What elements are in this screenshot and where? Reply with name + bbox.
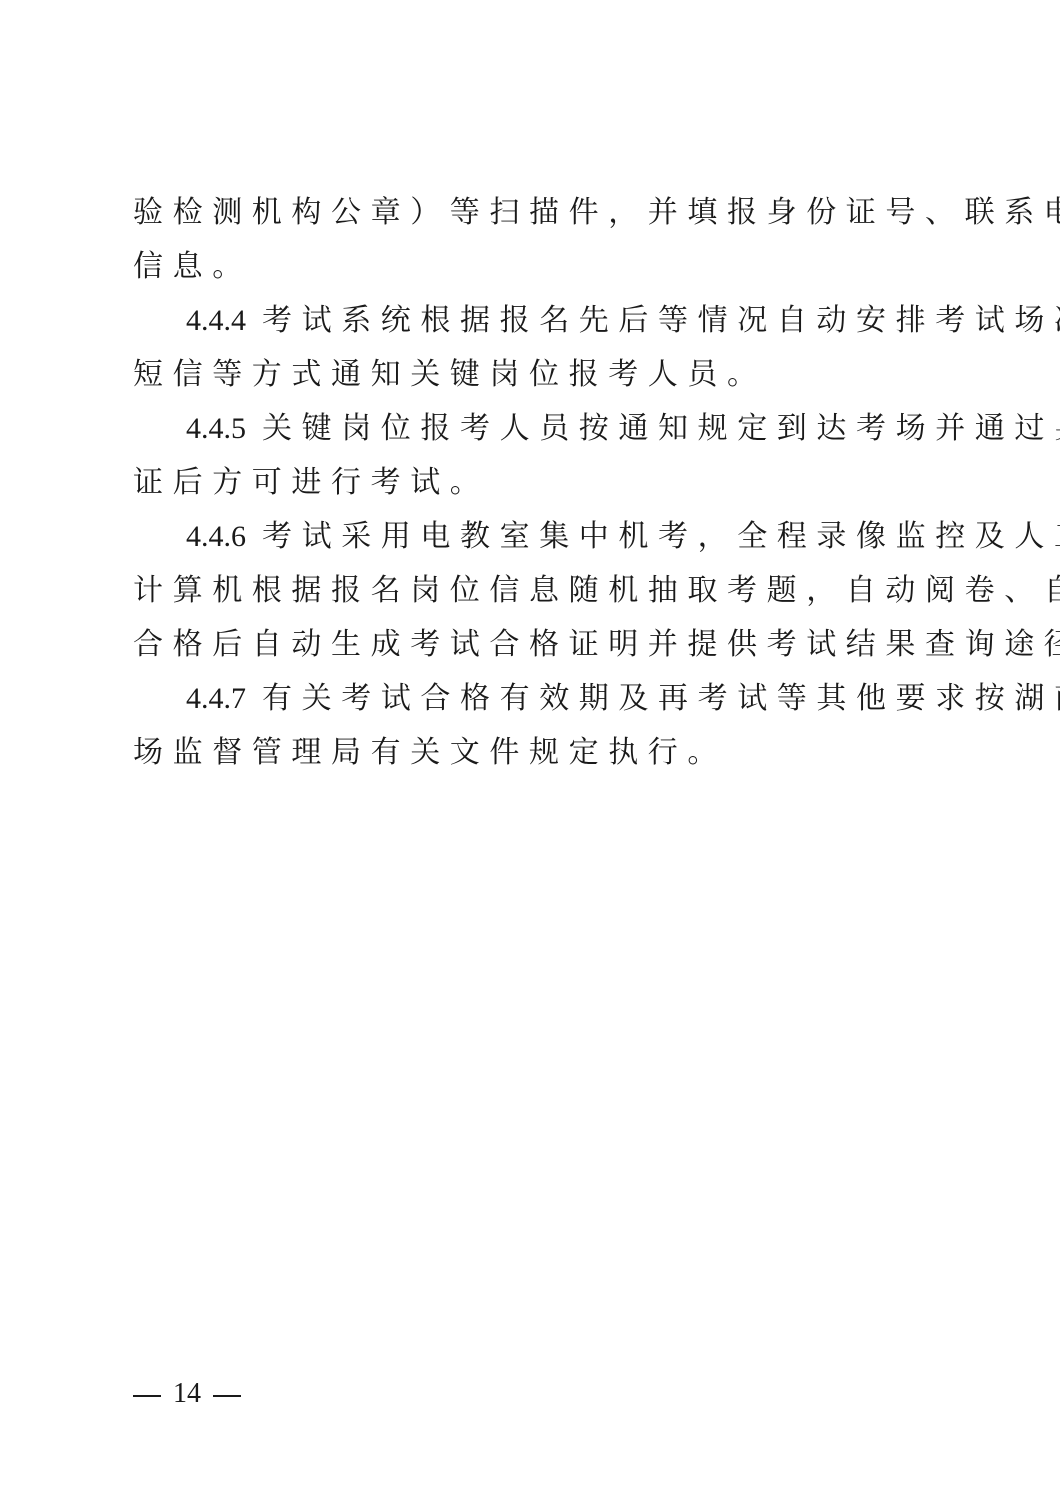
line-text: 场监督管理局有关文件规定执行。 <box>133 735 727 770</box>
text-line-2: 信息。 <box>133 240 933 294</box>
line-text: 计算机根据报名岗位信息随机抽取考题，自动阅卷、自动计分、 <box>133 573 1060 608</box>
clause-number: 4.4.5 <box>186 412 246 445</box>
text-line-11: 场监督管理局有关文件规定执行。 <box>133 726 933 780</box>
dash-right <box>213 1395 241 1397</box>
clause-4-4-6: 4.4.6考试采用电教室集中机考，全程录像监控及人工监考。 <box>186 510 986 564</box>
clause-number: 4.4.6 <box>186 520 246 553</box>
text-line-1: 验检测机构公章）等扫描件，并填报身份证号、联系电话等相关 <box>133 186 933 240</box>
line-text: 考试系统根据报名先后等情况自动安排考试场次，以 <box>262 303 1060 338</box>
line-text: 信息。 <box>133 249 252 284</box>
clause-number: 4.4.4 <box>186 304 246 337</box>
line-text: 关键岗位报考人员按通知规定到达考场并通过身份验 <box>262 411 1060 446</box>
line-text: 证后方可进行考试。 <box>133 465 489 500</box>
text-line-8: 计算机根据报名岗位信息随机抽取考题，自动阅卷、自动计分、 <box>133 564 933 618</box>
text-line-4: 短信等方式通知关键岗位报考人员。 <box>133 348 933 402</box>
line-text: 合格后自动生成考试合格证明并提供考试结果查询途径。 <box>133 627 1060 662</box>
line-text: 验检测机构公章）等扫描件，并填报身份证号、联系电话等相关 <box>133 195 1060 230</box>
text-line-6: 证后方可进行考试。 <box>133 456 933 510</box>
page-number: 14 <box>173 1378 201 1409</box>
line-text: 短信等方式通知关键岗位报考人员。 <box>133 357 767 392</box>
clause-number: 4.4.7 <box>186 682 246 715</box>
clause-4-4-5: 4.4.5关键岗位报考人员按通知规定到达考场并通过身份验 <box>186 402 986 456</box>
clause-4-4-4: 4.4.4考试系统根据报名先后等情况自动安排考试场次，以 <box>186 294 986 348</box>
dash-left <box>133 1395 161 1397</box>
document-page: 验检测机构公章）等扫描件，并填报身份证号、联系电话等相关 信息。 4.4.4考试… <box>0 0 1060 1500</box>
clause-4-4-7: 4.4.7有关考试合格有效期及再考试等其他要求按湖南省市 <box>186 672 986 726</box>
line-text: 考试采用电教室集中机考，全程录像监控及人工监考。 <box>262 519 1060 554</box>
line-text: 有关考试合格有效期及再考试等其他要求按湖南省市 <box>262 681 1060 716</box>
text-line-9: 合格后自动生成考试合格证明并提供考试结果查询途径。 <box>133 618 933 672</box>
page-number-footer: 14 <box>133 1374 241 1414</box>
